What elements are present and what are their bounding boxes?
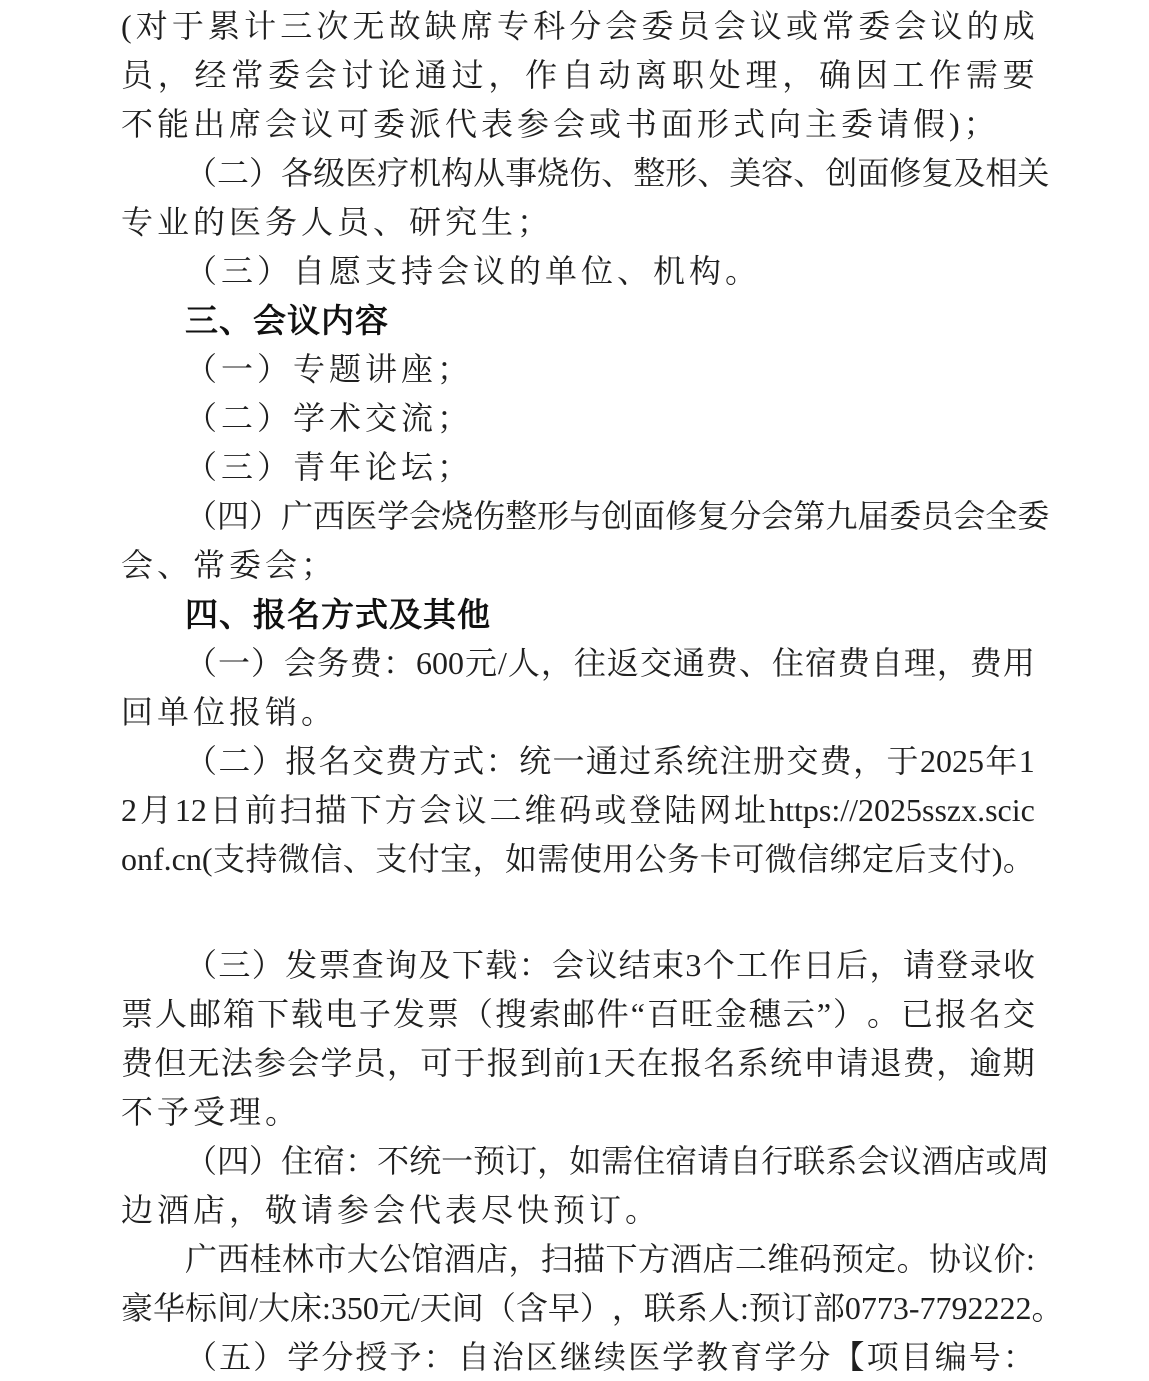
text-token: 统 bbox=[770, 1039, 802, 1088]
text-line: 边酒店，敬请参会代表尽快预订。 bbox=[121, 1186, 1035, 1235]
text-token: 医 bbox=[628, 1333, 660, 1381]
text-token: ， bbox=[612, 1284, 644, 1333]
text-token: 分 bbox=[569, 2, 601, 51]
text-token: 二 bbox=[735, 1235, 767, 1284]
text-token: 目 bbox=[901, 1333, 933, 1381]
text-token: 月 bbox=[140, 786, 172, 835]
text-token: （ bbox=[484, 1284, 516, 1333]
section-heading: 三、会议内容 bbox=[121, 296, 1035, 345]
text-token: https://2025sszx.scic bbox=[769, 786, 1035, 835]
text-token: 下 bbox=[350, 786, 382, 835]
text-line: 会、常委会； bbox=[121, 541, 1035, 590]
text-token: ） bbox=[249, 149, 281, 198]
text-token: 届 bbox=[857, 492, 889, 541]
text-token: 标 bbox=[185, 1284, 217, 1333]
text-line: 回单位报销。 bbox=[121, 688, 1035, 737]
text-token: ： bbox=[424, 1333, 456, 1381]
text-token: 费 bbox=[706, 639, 738, 688]
text-token: 人 bbox=[708, 1284, 740, 1333]
text-token: 从 bbox=[473, 149, 505, 198]
text-token: 作 bbox=[769, 941, 801, 990]
text-token: 如 bbox=[505, 835, 537, 884]
text-token: 于 bbox=[172, 2, 204, 51]
text-token: （ bbox=[185, 1333, 217, 1381]
text-token: 、 bbox=[343, 835, 375, 884]
text-token: 、 bbox=[697, 149, 729, 198]
text-token: 级 bbox=[313, 149, 345, 198]
text-token: 、 bbox=[793, 149, 825, 198]
text-token: 穗 bbox=[749, 990, 781, 1039]
text-line: （四）广西医学会烧伤整形与创面修复分会第九届委员会全委 bbox=[121, 492, 1035, 541]
text-token: （ bbox=[185, 737, 217, 786]
text-token: 复 bbox=[921, 149, 953, 198]
text-token: 订 bbox=[781, 1284, 813, 1333]
text-token: 华 bbox=[153, 1284, 185, 1333]
text-token: 方 bbox=[419, 737, 451, 786]
text-token: 豪 bbox=[121, 1284, 153, 1333]
text-token: : bbox=[740, 1284, 749, 1333]
text-token: 自 bbox=[562, 51, 594, 100]
text-token: 大 bbox=[258, 1284, 290, 1333]
text-token: 议 bbox=[750, 2, 782, 51]
text-token: 会 bbox=[857, 1137, 889, 1186]
text-token: 天 bbox=[604, 1039, 636, 1088]
text-token: 予 bbox=[389, 1333, 421, 1381]
text-token: 支 bbox=[375, 835, 407, 884]
text-token: 议 bbox=[931, 2, 963, 51]
text-token: 会 bbox=[305, 51, 337, 100]
text-token: 职 bbox=[672, 51, 704, 100]
text-token: 经 bbox=[194, 51, 226, 100]
text-token: 通 bbox=[673, 639, 705, 688]
text-token: 不 bbox=[377, 1137, 409, 1186]
text-token: 逾 bbox=[969, 1039, 1001, 1088]
text-token: 1 bbox=[1019, 737, 1035, 786]
text-token: 动 bbox=[599, 51, 631, 100]
text-token: 注 bbox=[720, 737, 752, 786]
text-token: 扫 bbox=[280, 786, 312, 835]
text-token: 理 bbox=[745, 51, 777, 100]
text-token: 林 bbox=[282, 1235, 314, 1284]
text-token: 参 bbox=[254, 1039, 286, 1088]
text-token: 费 bbox=[121, 1039, 153, 1088]
text-token: 分 bbox=[321, 1333, 353, 1381]
text-token: 无 bbox=[188, 1039, 220, 1088]
text-token: 工 bbox=[736, 941, 768, 990]
text-token: 伤 bbox=[473, 492, 505, 541]
text-token: ， bbox=[387, 1039, 419, 1088]
text-token: ( bbox=[121, 2, 132, 51]
text-token: 宝 bbox=[440, 835, 472, 884]
text-token: 科 bbox=[533, 2, 565, 51]
text-token: 交 bbox=[1003, 990, 1035, 1039]
text-token: 授 bbox=[355, 1333, 387, 1381]
text-token: 论 bbox=[378, 51, 410, 100]
text-token: 关 bbox=[1017, 149, 1049, 198]
text-token: 元 bbox=[379, 1284, 411, 1333]
text-token: 续 bbox=[594, 1333, 626, 1381]
text-token: 1 bbox=[587, 1039, 603, 1088]
text-token: ） bbox=[580, 1284, 612, 1333]
text-token: 码 bbox=[559, 786, 591, 835]
text-token: 载 bbox=[291, 990, 323, 1039]
text-token: ） bbox=[251, 639, 283, 688]
text-token: 查 bbox=[352, 941, 384, 990]
text-token: 对 bbox=[136, 2, 168, 51]
text-token: 广 bbox=[281, 492, 313, 541]
text-token: 各 bbox=[281, 149, 313, 198]
text-token: 支 bbox=[927, 835, 959, 884]
text-token: 元 bbox=[465, 639, 497, 688]
text-token: 系 bbox=[737, 1039, 769, 1088]
text-token: 发 bbox=[393, 990, 425, 1039]
text-token: 缺 bbox=[425, 2, 457, 51]
document-page: (对于累计三次无故缺席专科分会委员会议或常委会议的成员，经常委会讨论通过，作自动… bbox=[0, 0, 1149, 1381]
text-token: 统 bbox=[409, 1137, 441, 1186]
text-token: 维 bbox=[767, 1235, 799, 1284]
text-token: 学 bbox=[321, 1039, 353, 1088]
text-token: 作 bbox=[525, 51, 557, 100]
text-token: 下 bbox=[605, 1235, 637, 1284]
text-token: 报 bbox=[285, 737, 317, 786]
text-token: 四 bbox=[217, 1137, 249, 1186]
text-token: “ bbox=[631, 990, 645, 1039]
text-token: 或 bbox=[985, 1137, 1017, 1186]
text-token: （ bbox=[461, 990, 493, 1039]
text-token: 名 bbox=[969, 990, 1001, 1039]
text-token: ) bbox=[992, 835, 1003, 884]
text-token: 后 bbox=[836, 941, 868, 990]
text-token: 形 bbox=[665, 149, 697, 198]
text-token: 交 bbox=[640, 639, 672, 688]
text-token: 员 bbox=[921, 492, 953, 541]
text-token: 会 bbox=[714, 2, 746, 51]
text-token: ， bbox=[473, 835, 505, 884]
text-token: 员 bbox=[678, 2, 710, 51]
text-line: 费但无法参会学员，可于报到前1天在报名系统申请退费，逾期 bbox=[121, 1039, 1035, 1088]
text-token: 联 bbox=[644, 1284, 676, 1333]
text-token: 联 bbox=[793, 1137, 825, 1186]
text-token: ” bbox=[817, 990, 831, 1039]
text-line: （四）住宿：不统一预订，如需住宿请自行联系会议酒店或周 bbox=[121, 1137, 1035, 1186]
text-token: 要 bbox=[1003, 51, 1035, 100]
text-token: 发 bbox=[285, 941, 317, 990]
text-token: 自 bbox=[871, 639, 903, 688]
text-token: 微 bbox=[765, 835, 797, 884]
text-token: 九 bbox=[825, 492, 857, 541]
text-token: 次 bbox=[316, 2, 348, 51]
text-token: 西 bbox=[313, 492, 345, 541]
text-token: 学 bbox=[662, 1333, 694, 1381]
text-token: : bbox=[1026, 1235, 1035, 1284]
text-token: 席 bbox=[461, 2, 493, 51]
text-token: 方 bbox=[385, 786, 417, 835]
text-line: （二）各级医疗机构从事烧伤、整形、美容、创面修复及相关 bbox=[121, 149, 1035, 198]
text-token: 统 bbox=[519, 737, 551, 786]
text-line: 员，经常委会讨论通过，作自动离职处理，确因工作需要 bbox=[121, 51, 1035, 100]
text-token: 常 bbox=[822, 2, 854, 51]
text-token: 2025 bbox=[920, 737, 984, 786]
text-token: 码 bbox=[800, 1235, 832, 1284]
text-token: 日 bbox=[803, 941, 835, 990]
text-token: 治 bbox=[492, 1333, 524, 1381]
text-token: 但 bbox=[154, 1039, 186, 1088]
text-token: 二 bbox=[218, 737, 250, 786]
text-token: 工 bbox=[892, 51, 924, 100]
text-token: 期 bbox=[1003, 1039, 1035, 1088]
text-token: 广 bbox=[185, 1235, 217, 1284]
text-token: 会 bbox=[287, 1039, 319, 1088]
text-token: 公 bbox=[635, 835, 667, 884]
text-token: 百 bbox=[647, 990, 679, 1039]
text-token: 修 bbox=[889, 149, 921, 198]
text-token: 会 bbox=[605, 2, 637, 51]
text-token: 报 bbox=[670, 1039, 702, 1088]
text-token: 店 bbox=[953, 1137, 985, 1186]
text-token: 成 bbox=[1003, 2, 1035, 51]
text-token: 报 bbox=[935, 990, 967, 1039]
text-token: 号 bbox=[969, 1333, 1001, 1381]
text-token: 二 bbox=[217, 149, 249, 198]
text-token: ， bbox=[541, 639, 573, 688]
text-token: 件 bbox=[597, 990, 629, 1039]
text-token: （ bbox=[185, 639, 217, 688]
text-token: 前 bbox=[553, 1039, 585, 1088]
text-token: 如 bbox=[569, 1137, 601, 1186]
text-token: 及 bbox=[419, 941, 451, 990]
text-token: 整 bbox=[633, 149, 665, 198]
text-token: 。 bbox=[867, 990, 899, 1039]
text-token: 于 bbox=[887, 737, 919, 786]
text-line: （一）会务费：600元/人，往返交通费、住宿费自理，费用 bbox=[121, 639, 1035, 688]
text-token: ， bbox=[870, 941, 902, 990]
text-token: 卡 bbox=[700, 835, 732, 884]
text-token: 店 bbox=[703, 1235, 735, 1284]
text-token: 请 bbox=[903, 941, 935, 990]
text-token: 【 bbox=[832, 1333, 864, 1381]
text-token: 创 bbox=[825, 149, 857, 198]
text-token: 网 bbox=[699, 786, 731, 835]
text-token: 医 bbox=[345, 492, 377, 541]
text-token: 往 bbox=[574, 639, 606, 688]
text-token: 需 bbox=[601, 1137, 633, 1186]
text-token: ， bbox=[158, 51, 190, 100]
text-token: 烧 bbox=[537, 149, 569, 198]
text-token: 维 bbox=[524, 786, 556, 835]
text-token: 录 bbox=[970, 941, 1002, 990]
text-token: 箱 bbox=[223, 990, 255, 1039]
text-line: （二）报名交费方式：统一通过系统注册交费，于2025年1 bbox=[121, 737, 1035, 786]
text-token: 酒 bbox=[444, 1235, 476, 1284]
text-token: ： bbox=[383, 639, 415, 688]
text-token: 委 bbox=[1017, 492, 1049, 541]
text-token: 三 bbox=[218, 941, 250, 990]
text-token: 索 bbox=[529, 990, 561, 1039]
text-token: （ bbox=[185, 492, 217, 541]
text-token: / bbox=[411, 1284, 420, 1333]
text-token: 公 bbox=[379, 1235, 411, 1284]
text-token: 费 bbox=[385, 737, 417, 786]
text-token: 费 bbox=[350, 639, 382, 688]
text-token: 票 bbox=[427, 990, 459, 1039]
text-token: 相 bbox=[985, 149, 1017, 198]
text-token: ） bbox=[249, 492, 281, 541]
text-token: 载 bbox=[485, 941, 517, 990]
text-token: ， bbox=[488, 51, 520, 100]
text-token: 云 bbox=[783, 990, 815, 1039]
text-token: 后 bbox=[894, 835, 926, 884]
text-token: 持 bbox=[245, 835, 277, 884]
text-token: 预 bbox=[749, 1284, 781, 1333]
text-token: 一 bbox=[441, 1137, 473, 1186]
text-token: 收 bbox=[1003, 941, 1035, 990]
text-token: ： bbox=[345, 1137, 377, 1186]
text-token: 邮 bbox=[189, 990, 221, 1039]
text-token: 预 bbox=[473, 1137, 505, 1186]
text-token: 前 bbox=[245, 786, 277, 835]
text-token: 育 bbox=[730, 1333, 762, 1381]
text-token: 会 bbox=[953, 492, 985, 541]
text-token: 付 bbox=[408, 835, 440, 884]
text-token: 过 bbox=[452, 51, 484, 100]
text-token: 医 bbox=[345, 149, 377, 198]
text-token: 登 bbox=[936, 941, 968, 990]
text-token: 学 bbox=[377, 492, 409, 541]
text-token: 用 bbox=[1003, 639, 1035, 688]
text-line: 不予受理。 bbox=[121, 1088, 1035, 1137]
text-token: 定 bbox=[862, 835, 894, 884]
text-token: / bbox=[498, 639, 507, 688]
text-token: 全 bbox=[985, 492, 1017, 541]
text-line: （三）发票查询及下载：会议结束3个工作日后，请登录收 bbox=[121, 941, 1035, 990]
paragraph-spacer bbox=[121, 884, 1035, 941]
text-token: 委 bbox=[642, 2, 674, 51]
text-token: 构 bbox=[441, 149, 473, 198]
text-line: 2月12日前扫描下方会议二维码或登陆网址https://2025sszx.sci… bbox=[121, 786, 1035, 835]
text-token: 酒 bbox=[670, 1235, 702, 1284]
text-token: 定 bbox=[864, 1235, 896, 1284]
text-token: 或 bbox=[786, 2, 818, 51]
text-token: 价 bbox=[994, 1235, 1026, 1284]
text-token: 子 bbox=[359, 990, 391, 1039]
text-token: 西 bbox=[217, 1235, 249, 1284]
text-token: ） bbox=[249, 1137, 281, 1186]
text-token: 名 bbox=[703, 1039, 735, 1088]
text-token: 创 bbox=[601, 492, 633, 541]
text-token: 费 bbox=[903, 1039, 935, 1088]
text-line: （五）学分授予：自治区继续医学教育学分【项目编号： bbox=[121, 1333, 1035, 1381]
text-token: 分 bbox=[798, 1333, 830, 1381]
text-token: 统 bbox=[686, 737, 718, 786]
text-line: （三）自愿支持会议的单位、机构。 bbox=[121, 247, 1035, 296]
text-token: 已 bbox=[901, 990, 933, 1039]
text-token: 周 bbox=[1017, 1137, 1049, 1186]
text-token: 住 bbox=[772, 639, 804, 688]
text-token: 故 bbox=[389, 2, 421, 51]
text-token: 微 bbox=[278, 835, 310, 884]
text-token: 会 bbox=[761, 492, 793, 541]
text-token: 系 bbox=[653, 737, 685, 786]
text-token: 离 bbox=[635, 51, 667, 100]
text-token: 扫 bbox=[541, 1235, 573, 1284]
text-token: 可 bbox=[420, 1039, 452, 1088]
text-token: 通 bbox=[586, 737, 618, 786]
text-token: 因 bbox=[856, 51, 888, 100]
text-token: 面 bbox=[633, 492, 665, 541]
text-token: ， bbox=[853, 737, 885, 786]
text-token: :350 bbox=[322, 1284, 379, 1333]
text-token: ， bbox=[782, 51, 814, 100]
text-token: 日 bbox=[210, 786, 242, 835]
text-line: （三）青年论坛； bbox=[121, 443, 1035, 492]
text-token: 务 bbox=[317, 639, 349, 688]
text-token: 面 bbox=[857, 149, 889, 198]
text-token: 议 bbox=[889, 1137, 921, 1186]
text-token: 行 bbox=[761, 1137, 793, 1186]
text-token: 会 bbox=[894, 2, 926, 51]
text-token: 2 bbox=[121, 786, 137, 835]
text-token: 可 bbox=[732, 835, 764, 884]
text-token: 会 bbox=[284, 639, 316, 688]
text-token: 作 bbox=[929, 51, 961, 100]
text-token: 通 bbox=[415, 51, 447, 100]
text-token: 报 bbox=[487, 1039, 519, 1088]
text-token: 一 bbox=[218, 639, 250, 688]
text-token: 名 bbox=[319, 737, 351, 786]
text-token: 。 bbox=[1003, 835, 1035, 884]
text-token: 一 bbox=[552, 737, 584, 786]
text-token: 委 bbox=[268, 51, 300, 100]
text-token: 册 bbox=[753, 737, 785, 786]
text-token: 金 bbox=[715, 990, 747, 1039]
text-token: 需 bbox=[966, 51, 998, 100]
text-token: 事 bbox=[505, 149, 537, 198]
text-token: 疗 bbox=[377, 149, 409, 198]
text-token: 编 bbox=[935, 1333, 967, 1381]
text-token: / bbox=[249, 1284, 258, 1333]
text-token: 请 bbox=[697, 1137, 729, 1186]
text-token: 委 bbox=[889, 492, 921, 541]
text-token: 自 bbox=[729, 1137, 761, 1186]
text-token: 专 bbox=[497, 2, 529, 51]
text-token: 美 bbox=[729, 149, 761, 198]
text-token: 0773-7792222 bbox=[845, 1284, 1032, 1333]
text-token: 员 bbox=[121, 51, 153, 100]
text-token: 形 bbox=[537, 492, 569, 541]
text-token: 法 bbox=[221, 1039, 253, 1088]
text-token: 结 bbox=[619, 941, 651, 990]
text-token: ） bbox=[252, 737, 284, 786]
text-token: 第 bbox=[793, 492, 825, 541]
text-token: 常 bbox=[231, 51, 263, 100]
text-token: 伤 bbox=[569, 149, 601, 198]
text-token: 交 bbox=[352, 737, 384, 786]
text-token: ： bbox=[519, 941, 551, 990]
text-token: 烧 bbox=[441, 492, 473, 541]
text-token: 累 bbox=[208, 2, 240, 51]
text-token: 项 bbox=[867, 1333, 899, 1381]
text-line: 票人邮箱下载电子发票（搜索邮件“百旺金穗云”）。已报名交 bbox=[121, 990, 1035, 1039]
text-token: 容 bbox=[761, 149, 793, 198]
text-token: 学 bbox=[764, 1333, 796, 1381]
text-token: 个 bbox=[703, 941, 735, 990]
text-token: 部 bbox=[813, 1284, 845, 1333]
text-token: 复 bbox=[697, 492, 729, 541]
text-token: 机 bbox=[409, 149, 441, 198]
text-token: ， bbox=[936, 1039, 968, 1088]
text-token: 议 bbox=[455, 786, 487, 835]
document-body: (对于累计三次无故缺席专科分会委员会议或常委会议的成员，经常委会讨论通过，作自动… bbox=[0, 0, 1149, 1381]
